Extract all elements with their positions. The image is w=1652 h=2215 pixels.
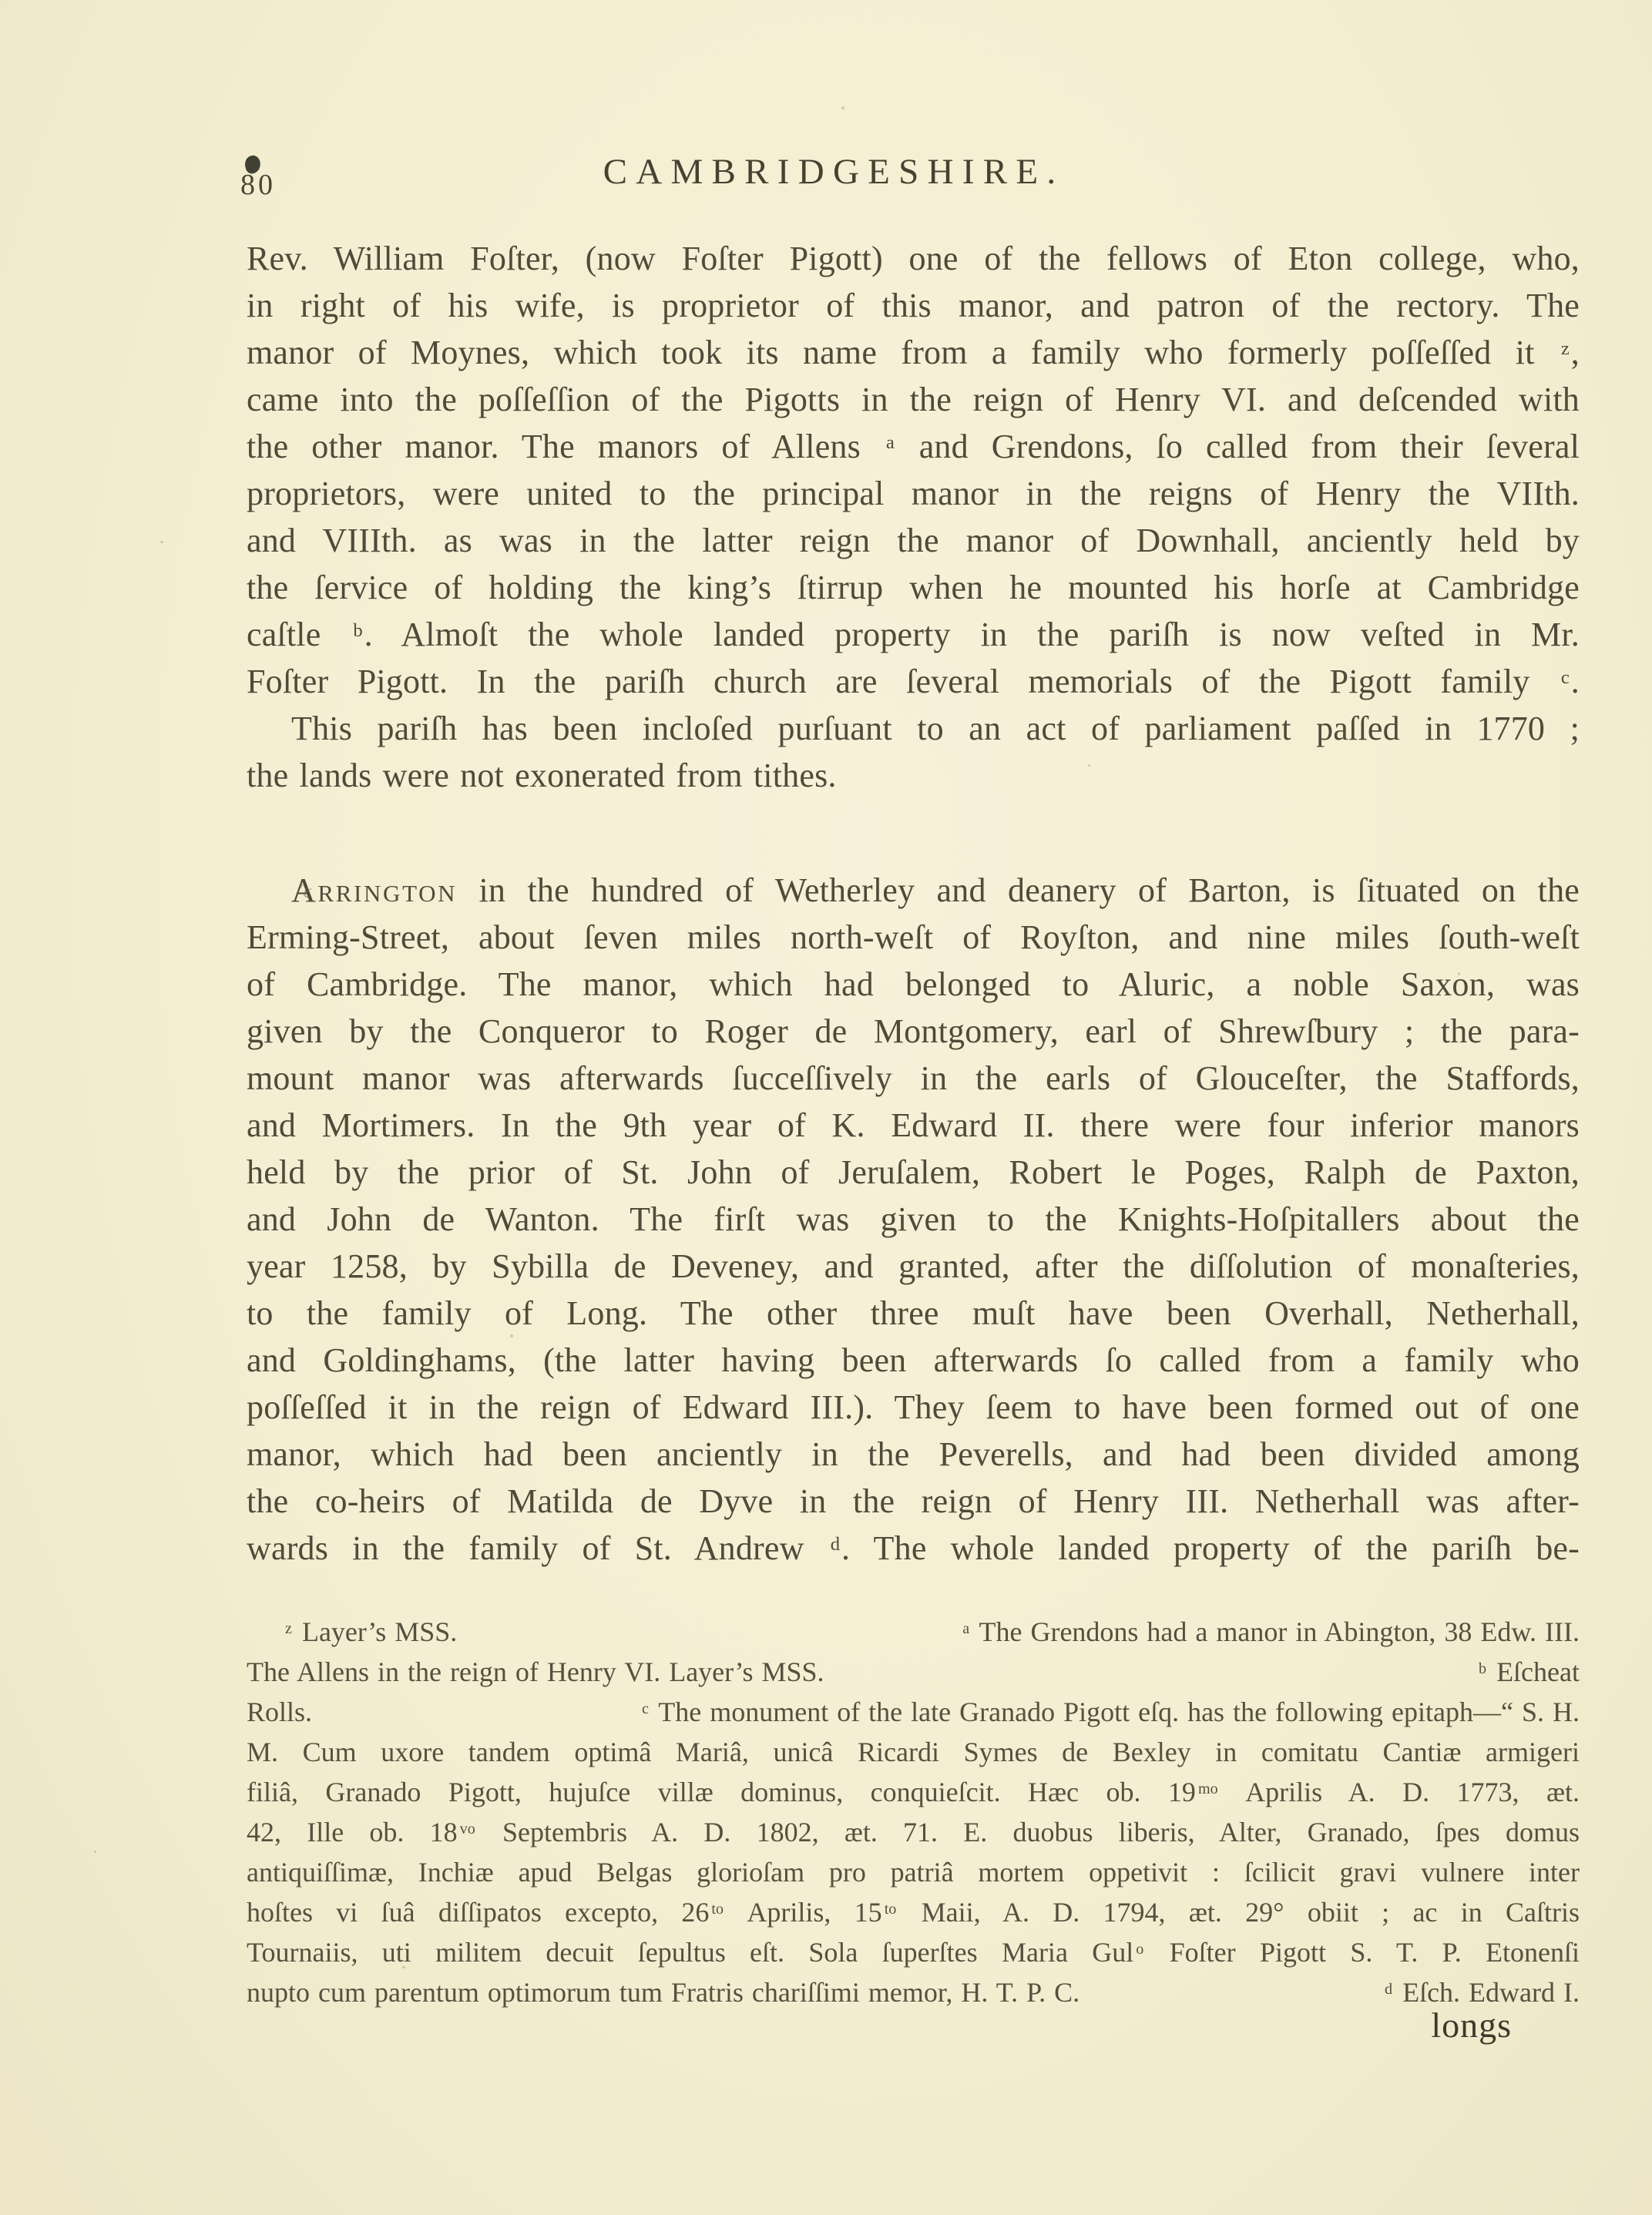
footnote-b-cont: Rolls.	[247, 1692, 312, 1732]
footnote-line: hoſtes vi ſuâ diſſipatos excepto, 26to A…	[247, 1892, 1580, 1932]
paper-speck	[402, 1966, 405, 1968]
text-line: Foſter Pigott. In the pariſh church are …	[247, 658, 1580, 705]
text-line: proprietors, were united to the principa…	[247, 470, 1580, 517]
paragraph-foster-pigott: Rev. William Foſter, (now Foſter Pigott)…	[247, 235, 1580, 705]
text-line: the ſervice of holding the king’s ſtirru…	[247, 564, 1580, 611]
text-line: of Cambridge. The manor, which had belon…	[247, 961, 1580, 1008]
paragraph-gap	[247, 799, 1580, 867]
main-text-column: Rev. William Foſter, (now Foſter Pigott)…	[247, 235, 1580, 1572]
text-line: and Goldinghams, (the latter having been…	[247, 1337, 1580, 1384]
footnote-line: 42, Ille ob. 18vo Septembris A. D. 1802,…	[247, 1812, 1580, 1852]
footnote-a: a The Grendons had a manor in Abington, …	[960, 1612, 1580, 1652]
paper-speck	[94, 1851, 96, 1853]
text-line: to the family of Long. The other three m…	[247, 1290, 1580, 1337]
text-line: poſſeſſed it in the reign of Edward III.…	[247, 1384, 1580, 1431]
book-page: 80 CAMBRIDGESHIRE. Rev. William Foſter, …	[0, 0, 1652, 2215]
text-line: in right of his wife, is proprietor of t…	[247, 282, 1580, 329]
footnote-line: Rolls. c The monument of the late Granad…	[247, 1692, 1580, 1732]
footnote-line: antiquiſſimæ, Inchiæ apud Belgas glorioſ…	[247, 1852, 1580, 1892]
footnote-z: z Layer’s MSS.	[283, 1612, 457, 1652]
footnote-b: b Eſcheat	[1476, 1652, 1580, 1692]
paper-speck	[841, 106, 844, 109]
footnote-block: z Layer’s MSS. a The Grendons had a mano…	[247, 1612, 1580, 2012]
text-line: manor of Moynes, which took its name fro…	[247, 329, 1580, 376]
footnote-line: Tournaiis, uti militem decuit ſepultus e…	[247, 1932, 1580, 1972]
text-line: the other manor. The manors of Allens a …	[247, 423, 1580, 470]
paper-speck	[160, 541, 163, 543]
paragraph-arrington: Arrington in the hundred of Wetherley an…	[247, 867, 1580, 1572]
text-line: manor, which had been anciently in the P…	[247, 1431, 1580, 1478]
text-line: wards in the family of St. Andrew d. The…	[247, 1525, 1580, 1572]
footnote-a-cont: The Allens in the reign of Henry VI. Lay…	[247, 1652, 824, 1692]
paper-speck	[1250, 364, 1252, 366]
text-line: Arrington in the hundred of Wetherley an…	[247, 867, 1580, 914]
footnote-line: M. Cum uxore tandem optimâ Mariâ, unicâ …	[247, 1732, 1580, 1772]
footnote-line: The Allens in the reign of Henry VI. Lay…	[247, 1652, 1580, 1692]
text-line: given by the Conqueror to Roger de Montg…	[247, 1008, 1580, 1055]
paper-speck	[510, 1334, 513, 1337]
footnote-line: filiâ, Granado Pigott, hujuſce villæ dom…	[247, 1772, 1580, 1812]
footnote-c: c The monument of the late Granado Pigot…	[640, 1692, 1580, 1732]
paragraph-inclosure: This pariſh has been incloſed purſuant t…	[247, 705, 1580, 799]
text-line: and VIIIth. as was in the latter reign t…	[247, 517, 1580, 564]
text-line: year 1258, by Sybilla de Deveney, and gr…	[247, 1243, 1580, 1290]
text-line-rest: in the hundred of Wetherley and deanery …	[457, 871, 1580, 909]
paper-speck	[1088, 764, 1090, 767]
text-line: and John de Wanton. The firſt was given …	[247, 1196, 1580, 1243]
text-line: the lands were not exonerated from tithe…	[247, 752, 1580, 799]
running-header: CAMBRIDGESHIRE.	[8, 151, 1652, 193]
catchword: longs	[247, 2005, 1580, 2046]
footnote-line: z Layer’s MSS. a The Grendons had a mano…	[247, 1612, 1580, 1652]
text-line: This pariſh has been incloſed purſuant t…	[247, 705, 1580, 752]
place-name-smallcaps: Arrington	[291, 871, 457, 909]
text-line: mount manor was afterwards ſucceſſively …	[247, 1055, 1580, 1102]
text-line: caſtle b. Almoſt the whole landed proper…	[247, 611, 1580, 658]
text-line: and Mortimers. In the 9th year of K. Edw…	[247, 1102, 1580, 1149]
text-line: held by the prior of St. John of Jeruſal…	[247, 1149, 1580, 1196]
text-line: the co-heirs of Matilda de Dyve in the r…	[247, 1478, 1580, 1525]
paper-speck	[1458, 972, 1460, 975]
text-line: Erming-Street, about ſeven miles north-w…	[247, 914, 1580, 961]
text-line: Rev. William Foſter, (now Foſter Pigott)…	[247, 235, 1580, 282]
text-line: came into the poſſeſſion of the Pigotts …	[247, 376, 1580, 423]
